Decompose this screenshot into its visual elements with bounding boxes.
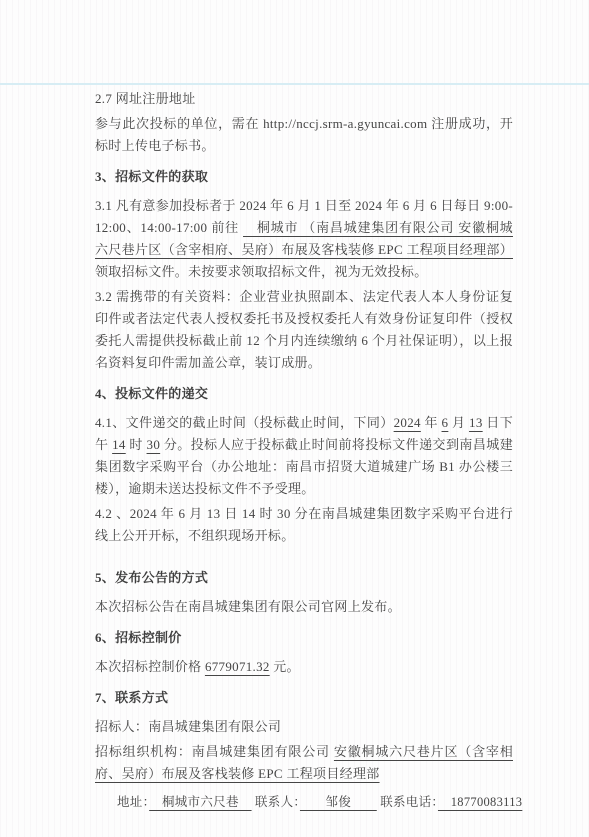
contact-person-value: 邹俊 — [300, 795, 377, 809]
address-value: 桐城市六尺巷 — [149, 795, 251, 809]
month-label: 月 — [448, 415, 469, 430]
address-label: 地址： — [117, 795, 149, 809]
control-price-unit: 元。 — [270, 659, 300, 674]
section-4-heading: 4、投标文件的递交 — [95, 383, 513, 405]
bidder-line: 招标人：南昌城建集团有限公司 — [95, 716, 513, 738]
contact-line: 地址： 桐城市六尺巷 联系人： 邹俊 联系电话： 18770083113 — [95, 791, 513, 813]
control-price-value: 6779071.32 — [205, 659, 270, 674]
deadline-day-value: 13 — [469, 415, 483, 430]
scanned-document-page: 2.7 网址注册地址 参与此次投标的单位，需在 http://nccj.srm-… — [0, 0, 589, 837]
clause-2-7-title: 2.7 网址注册地址 — [95, 88, 513, 110]
contact-phone-label: 联系电话： — [377, 795, 438, 809]
year-label: 年 — [421, 415, 442, 430]
deadline-year-value: 2024 — [394, 415, 421, 430]
hour-label: 时 — [126, 437, 147, 452]
section-3-heading: 3、招标文件的获取 — [95, 166, 513, 188]
section-7-heading: 7、联系方式 — [95, 687, 513, 709]
organizer-line: 招标组织机构：南昌城建集团有限公司 安徽桐城六尺巷片区（含宰相府、吴府）布展及客… — [95, 741, 513, 785]
section-6-heading: 6、招标控制价 — [95, 627, 513, 649]
deadline-hour-value: 14 — [112, 437, 126, 452]
page-top-divider — [0, 83, 589, 85]
contact-phone-value: 18770083113 — [438, 795, 522, 809]
clause-4-2: 4.2 、2024 年 6 月 13 日 14 时 30 分在南昌城建集团数字采… — [95, 503, 513, 547]
clause-3-2: 3.2 需携带的有关资料：企业营业执照副本、法定代表人本人身份证复印件或者法定代… — [95, 286, 513, 374]
control-price-lead-text: 本次招标控制价格 — [95, 659, 205, 674]
clause-6-body: 本次招标控制价格 6779071.32 元。 — [95, 656, 513, 678]
clause-4-1-lead-text: 4.1、文件递交的截止时间（投标截止时间，下同） — [95, 415, 394, 430]
clause-3-1: 3.1 凡有意参加投标者于 2024 年 6 月 1 日至 2024 年 6 月… — [95, 195, 513, 283]
organizer-lead-text: 招标组织机构：南昌城建集团有限公司 — [95, 744, 334, 759]
clause-2-7-body: 参与此次投标的单位，需在 http://nccj.srm-a.gyuncai.c… — [95, 113, 513, 157]
deadline-minute-value: 30 — [147, 437, 161, 452]
contact-person-label: 联系人： — [252, 795, 300, 809]
clause-5-body: 本次招标公告在南昌城建集团有限公司官网上发布。 — [95, 596, 513, 618]
document-body: 2.7 网址注册地址 参与此次投标的单位，需在 http://nccj.srm-… — [95, 88, 513, 816]
section-5-heading: 5、发布公告的方式 — [95, 567, 513, 589]
clause-4-1: 4.1、文件递交的截止时间（投标截止时间，下同）2024 年 6 月 13 日下… — [95, 412, 513, 500]
clause-3-1-tail-text: 领取招标文件。未按要求领取招标文件，视为无效投标。 — [95, 264, 428, 279]
